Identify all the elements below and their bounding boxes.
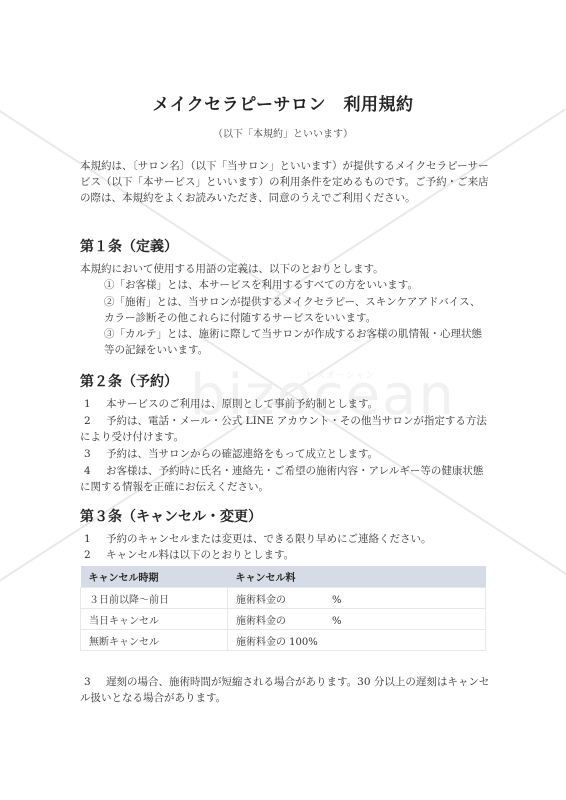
- table-row: 無断キャンセル 施術料金の 100%: [81, 630, 486, 651]
- clause-text: お客様は、予約時に氏名・連絡先・ご希望の施術内容・アレルギー等の健康状態に関する…: [80, 465, 483, 493]
- definition-item: ②「施術」とは、当サロンが提供するメイクセラピー、スキンケアアドバイス、カラー診…: [104, 294, 489, 326]
- fee-text: 施術料金の 100%: [236, 637, 318, 648]
- intro-paragraph: 本規約は、〔サロン名〕（以下「当サロン」といいます）が提供するメイクセラピーサー…: [80, 158, 490, 206]
- clause-text: キャンセル料は以下のとおりとします。: [106, 549, 294, 561]
- clause-number: 3: [80, 674, 106, 690]
- cell-fee: 施術料金の 100%: [228, 630, 486, 651]
- clause-number: 1: [80, 531, 106, 547]
- clause-number: 3: [80, 446, 106, 462]
- article1-heading: 第１条（定義）: [80, 236, 178, 256]
- clause-item: 3遅刻の場合、施術時間が短縮される場合があります。30 分以上の遅刻はキャンセル…: [80, 674, 490, 706]
- clause-number: 2: [80, 413, 106, 429]
- clause-item: 1本サービスのご利用は、原則として事前予約制とします。: [80, 396, 490, 412]
- clause-number: 1: [80, 396, 106, 412]
- table-row: ３日前以降～前日 施術料金の%: [81, 588, 486, 609]
- cell-period: 無断キャンセル: [81, 630, 228, 651]
- document-title: メイクセラピーサロン 利用規約: [0, 90, 566, 115]
- table-row: 当日キャンセル 施術料金の%: [81, 609, 486, 630]
- watermark-kana: ビズオーシャン: [306, 368, 376, 381]
- article3-heading: 第３条（キャンセル・変更）: [80, 506, 262, 526]
- clause-text: 予約は、当サロンからの確認連絡をもって成立とします。: [106, 448, 378, 460]
- cell-period: 当日キャンセル: [81, 609, 228, 630]
- clause-text: 予約は、電話・メール・公式 LINE アカウント・その他当サロンが指定する方法に…: [80, 415, 487, 443]
- table-header-row: キャンセル時期 キャンセル料: [81, 566, 486, 588]
- fee-text: 施術料金の: [236, 595, 286, 606]
- definition-item: ①「お客様」とは、本サービスを利用するすべての方をいいます。: [104, 277, 489, 293]
- column-header-fee: キャンセル料: [228, 566, 486, 588]
- clause-number: 2: [80, 547, 106, 563]
- cell-fee: 施術料金の%: [228, 588, 486, 609]
- clause-text: 本サービスのご利用は、原則として事前予約制とします。: [106, 398, 378, 410]
- article1-lead: 本規約において使用する用語の定義は、以下のとおりとします。: [80, 261, 490, 277]
- clause-text: 遅刻の場合、施術時間が短縮される場合があります。30 分以上の遅刻はキャンセル扱…: [80, 676, 489, 704]
- fee-percent: %: [332, 616, 342, 627]
- clause-item: 2予約は、電話・メール・公式 LINE アカウント・その他当サロンが指定する方法…: [80, 413, 490, 445]
- clause-item: 3予約は、当サロンからの確認連絡をもって成立とします。: [80, 446, 490, 462]
- clause-item: 1予約のキャンセルまたは変更は、できる限り早めにご連絡ください。: [80, 531, 490, 547]
- fee-percent: %: [332, 595, 342, 606]
- cell-period: ３日前以降～前日: [81, 588, 228, 609]
- clause-item: 2キャンセル料は以下のとおりとします。: [80, 547, 490, 563]
- document-page: bizocean ビズオーシャン メイクセラピーサロン 利用規約 （以下「本規約…: [0, 0, 566, 800]
- fee-text: 施術料金の: [236, 616, 286, 627]
- article2-heading: 第２条（予約）: [80, 371, 178, 391]
- document-subtitle: （以下「本規約」といいます）: [0, 125, 566, 140]
- clause-number: 4: [80, 463, 106, 479]
- cell-fee: 施術料金の%: [228, 609, 486, 630]
- clause-item: 4お客様は、予約時に氏名・連絡先・ご希望の施術内容・アレルギー等の健康状態に関す…: [80, 463, 490, 495]
- column-header-period: キャンセル時期: [81, 566, 228, 588]
- cancellation-fee-table: キャンセル時期 キャンセル料 ３日前以降～前日 施術料金の% 当日キャンセル 施…: [80, 566, 486, 651]
- clause-text: 予約のキャンセルまたは変更は、できる限り早めにご連絡ください。: [106, 533, 432, 545]
- definition-item: ③「カルテ」とは、施術に際して当サロンが作成するお客様の肌情報・心理状態等の記録…: [104, 326, 489, 358]
